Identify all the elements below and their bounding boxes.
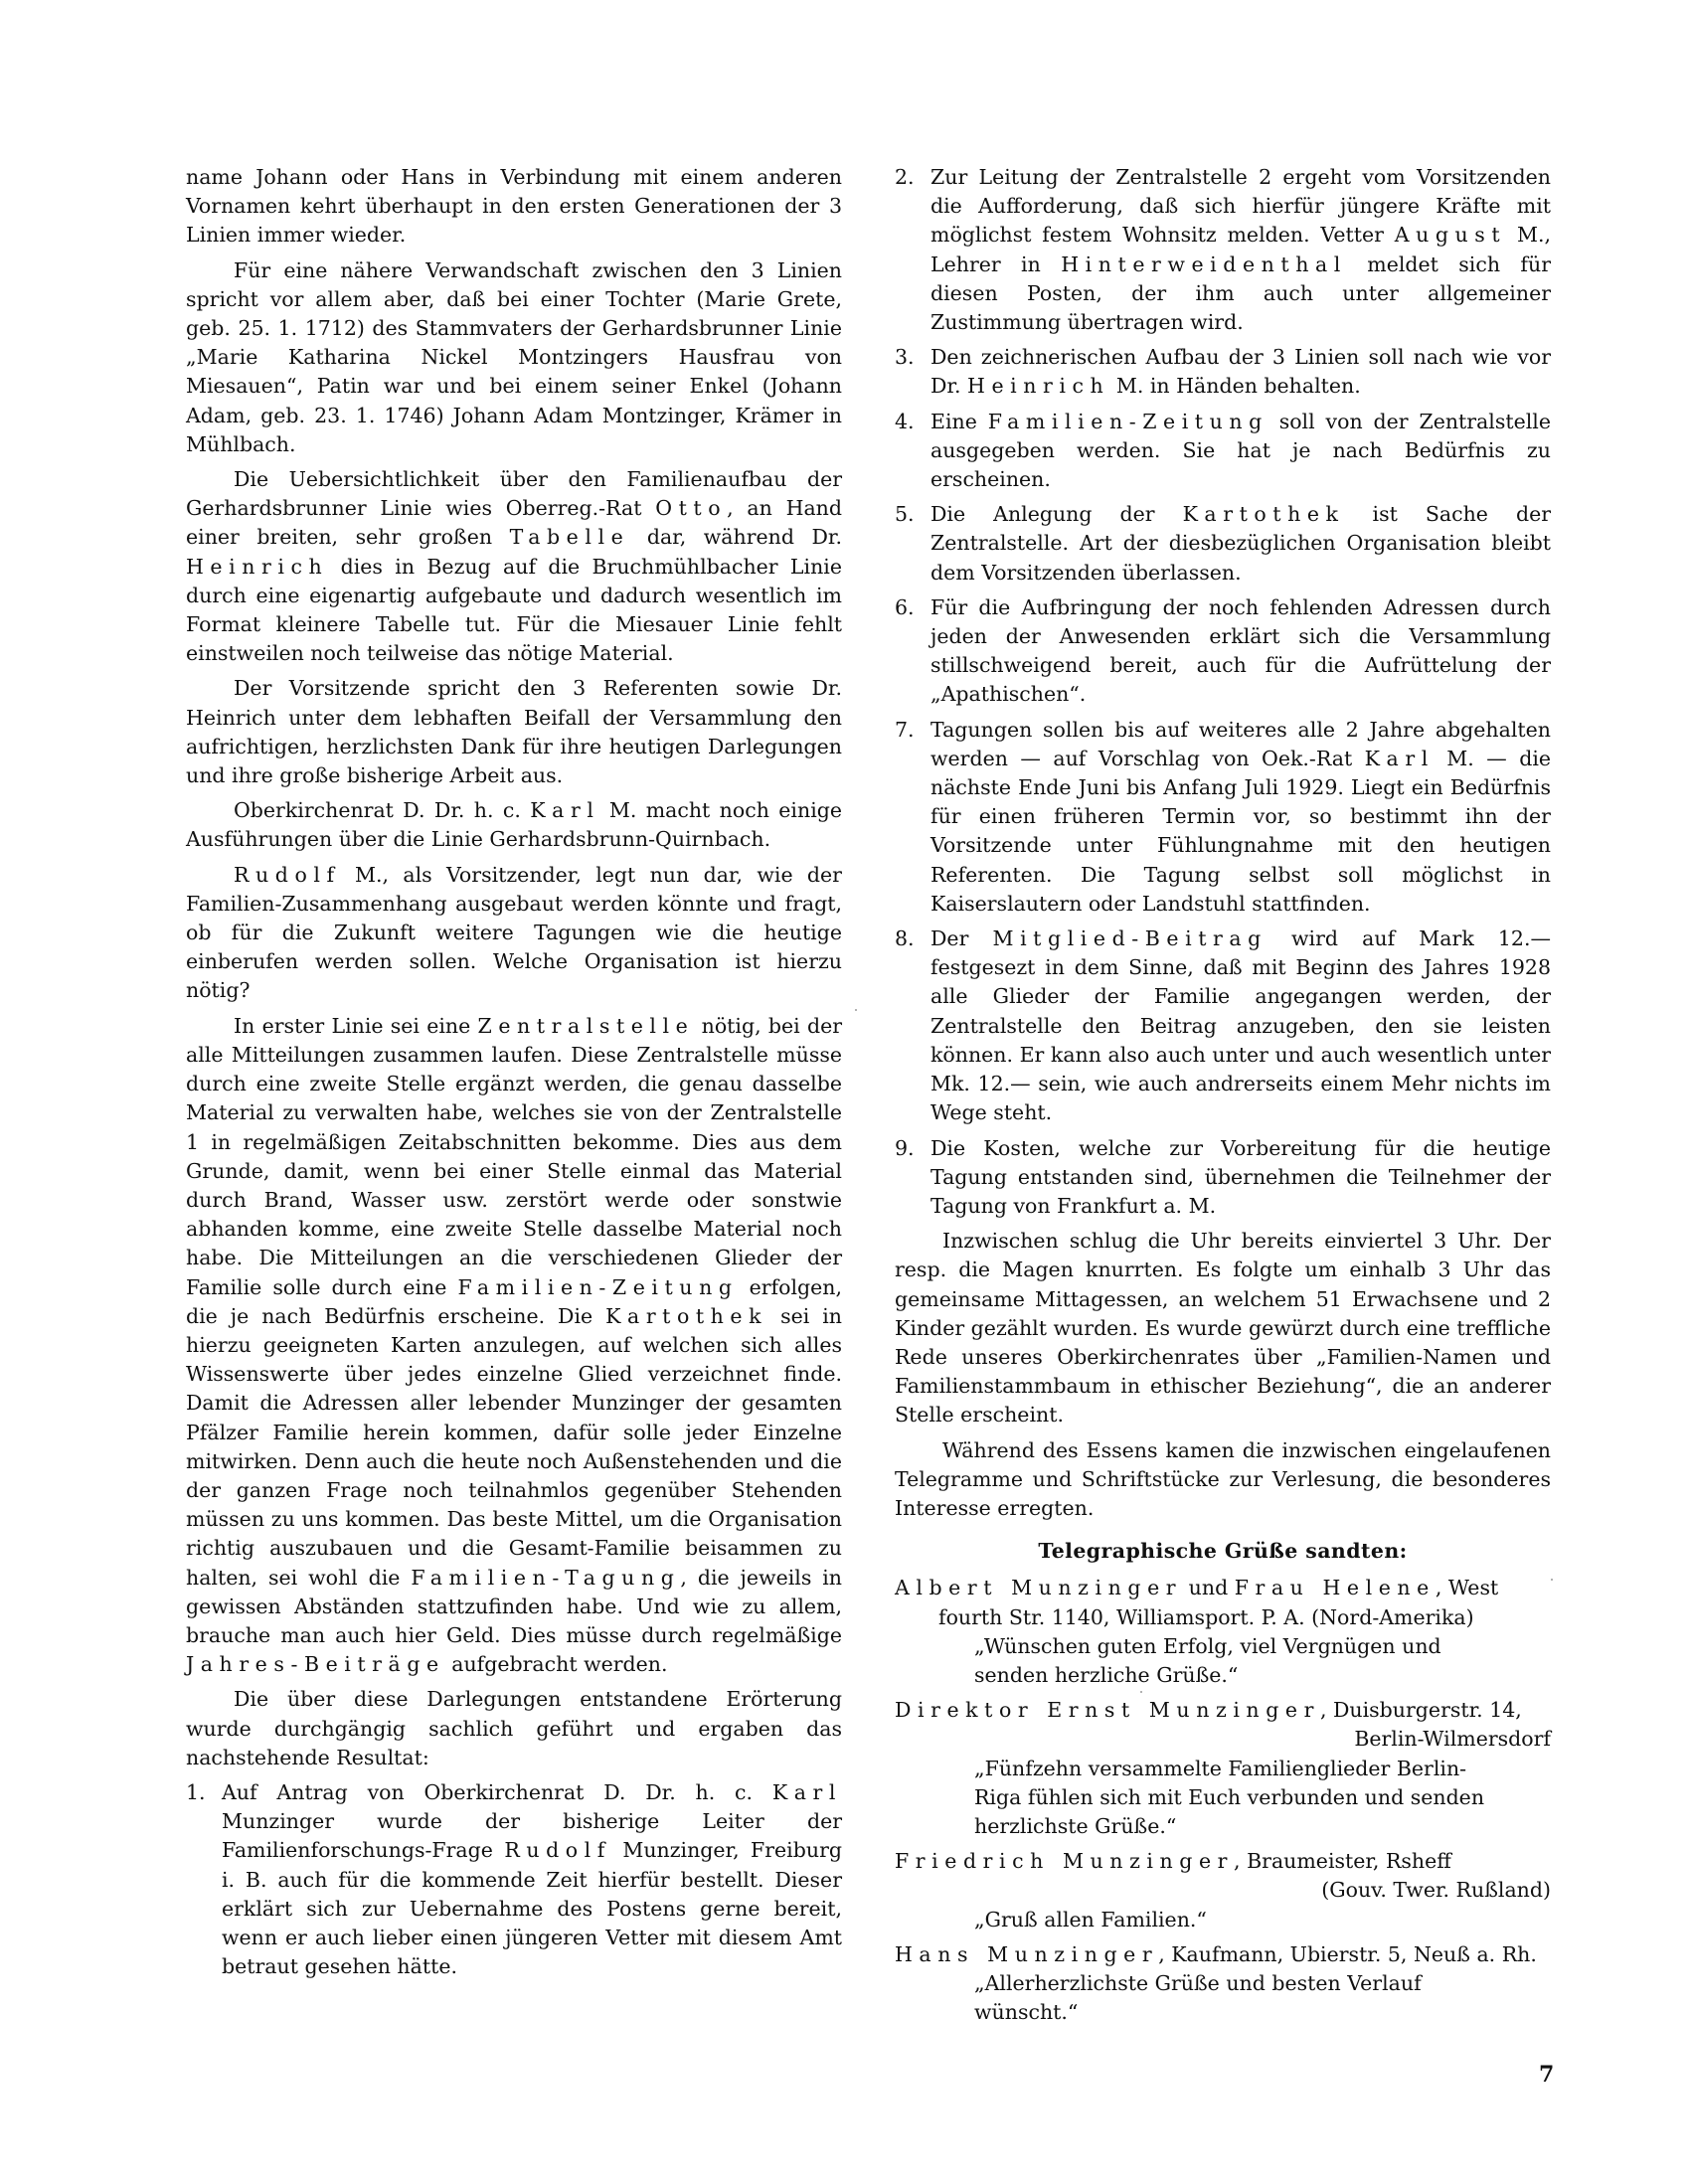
telegram-sender: Hans Munzinger, Kaufmann, Ubierstr. 5, N… (895, 1940, 1551, 1969)
paragraph: Während des Essens kamen die inzwischen … (895, 1436, 1551, 1524)
paragraph: Die Uebersichtlichkeit über den Familien… (186, 465, 842, 668)
spaced-name: Heinrich (967, 374, 1109, 398)
text-run: Oberkirchenrat D. Dr. h. c. (234, 798, 530, 822)
item-number: 7. (895, 716, 915, 745)
result-item: 6.Für die Aufbringung der noch fehlenden… (895, 593, 1551, 710)
text-run: Die Anlegung der (930, 502, 1183, 526)
paragraph: name Johann oder Hans in Verbindung mit … (186, 163, 842, 251)
spaced-name: Direktor Ernst Munzinger (895, 1698, 1320, 1722)
text-run: und (1182, 1576, 1235, 1599)
telegram-entry: Direktor Ernst Munzinger, Duisburgerstr.… (895, 1696, 1551, 1841)
item-number: 9. (895, 1134, 915, 1163)
scan-speck (855, 1009, 857, 1011)
item-number: 1. (186, 1778, 206, 1807)
result-item: 5.Die Anlegung der Kartothek ist Sache d… (895, 500, 1551, 588)
text-run: M. — die nächste Ende Juni bis Anfang Ju… (930, 747, 1551, 916)
spaced-term: Familien-Tagung (411, 1566, 680, 1590)
result-item: 4.Eine Familien-Zeitung soll von der Zen… (895, 408, 1551, 495)
scan-speck (1140, 1691, 1142, 1693)
text-run: wird auf Mark 12.— festgesezt in dem Sin… (930, 926, 1551, 1124)
text-run: sei in hierzu geeigneten Karten anzulege… (186, 1304, 842, 1590)
telegram-sender: Direktor Ernst Munzinger, Duisburgerstr.… (895, 1696, 1551, 1725)
text-run: Eine (930, 410, 988, 433)
result-item: 1.Auf Antrag von Oberkirchenrat D. Dr. h… (186, 1778, 842, 1981)
item-number: 2. (895, 163, 915, 192)
spaced-term: Familien-Zeitung (457, 1275, 738, 1299)
paragraph: Der Vorsitzende spricht den 3 Referenten… (186, 674, 842, 790)
spaced-term: Jahres-Beiträge (186, 1652, 445, 1676)
spaced-term: Tabelle (510, 525, 630, 549)
telegram-entry: Hans Munzinger, Kaufmann, Ubierstr. 5, N… (895, 1940, 1551, 2028)
spaced-name: Karl (1365, 747, 1435, 770)
left-column: name Johann oder Hans in Verbindung mit … (186, 163, 842, 1987)
paragraph: Rudolf M., als Vorsitzender, legt nun da… (186, 861, 842, 1006)
telegram-quote: „Wünschen guten Erfolg, viel Vergnügen u… (895, 1632, 1551, 1690)
telegram-address: Berlin-Wilmersdorf (895, 1725, 1551, 1754)
spaced-term: Familien-Zeitung (988, 410, 1268, 433)
result-item: 9.Die Kosten, welche zur Vorbereitung fü… (895, 1134, 1551, 1222)
text-run: , Kaufmann, Ubierstr. 5, Neuß a. Rh. (1158, 1942, 1537, 1966)
result-item: 3.Den zeichnerischen Aufbau der 3 Linien… (895, 343, 1551, 401)
spaced-term: Kartothek (605, 1304, 767, 1328)
item-number: 5. (895, 500, 915, 529)
telegram-address: fourth Str. 1140, Williamsport. P. A. (N… (895, 1603, 1551, 1632)
telegrams-heading: Telegraphische Grüße sandten: (895, 1537, 1551, 1566)
spaced-name: Otto (655, 496, 727, 520)
telegram-quote: „Allerherzlichste Grüße und besten Verla… (895, 1969, 1551, 2027)
telegram-sender: Friedrich Munzinger, Braumeister, Rsheff (895, 1847, 1551, 1876)
text-run: Die Kosten, welche zur Vorbereitung für … (930, 1136, 1551, 1218)
spaced-place: Hinterweidenthal (1061, 252, 1347, 276)
spaced-term: Zentralstelle (478, 1014, 695, 1038)
spaced-name: Heinrich (186, 555, 328, 579)
text-run: In erster Linie sei eine (234, 1014, 478, 1038)
item-number: 6. (895, 593, 915, 622)
results-list: 2.Zur Leitung der Zentralstelle 2 ergeht… (895, 163, 1551, 1221)
spaced-term: Kartothek (1183, 502, 1345, 526)
telegram-address: (Gouv. Twer. Rußland) (895, 1876, 1551, 1905)
telegram-quote: „Gruß allen Familien.“ (895, 1906, 1551, 1934)
item-number: 3. (895, 343, 915, 372)
text-run: Auf Antrag von Oberkirchenrat D. Dr. h. … (222, 1780, 772, 1804)
paragraph: Für eine nähere Verwandschaft zwischen d… (186, 256, 842, 459)
result-item: 8.Der Mitglied-Beitrag wird auf Mark 12.… (895, 924, 1551, 1127)
item-number: 4. (895, 408, 915, 436)
document-page: name Johann oder Hans in Verbindung mit … (0, 0, 1690, 2184)
page-number: 7 (1539, 2062, 1554, 2088)
paragraph: Die über diese Darlegungen entstandene E… (186, 1685, 842, 1772)
paragraph: Inzwischen schlug die Uhr bereits einvie… (895, 1227, 1551, 1429)
text-run: , Duisburgerstr. 14, (1320, 1698, 1522, 1722)
spaced-name: Frau Helene (1235, 1576, 1436, 1599)
telegram-entry: Albert Munzinger und Frau Helene, West f… (895, 1574, 1551, 1690)
spaced-name: August (1395, 223, 1506, 247)
result-item: 2.Zur Leitung der Zentralstelle 2 ergeht… (895, 163, 1551, 337)
spaced-name: Hans Munzinger (895, 1942, 1158, 1966)
text-run: nötig, bei der alle Mitteilungen zusamme… (186, 1014, 842, 1299)
telegram-entry: Friedrich Munzinger, Braumeister, Rsheff… (895, 1847, 1551, 1934)
text-run: Der (930, 926, 993, 950)
spaced-name: Karl (530, 798, 599, 822)
spaced-name: Karl (772, 1780, 842, 1804)
paragraph: In erster Linie sei eine Zentralstelle n… (186, 1012, 842, 1680)
scan-speck (1551, 1579, 1553, 1581)
telegram-quote: „Fünfzehn versammelte Familienglieder Be… (895, 1755, 1551, 1842)
spaced-name: Albert Munzinger (895, 1576, 1182, 1599)
text-run: , Braumeister, Rsheff (1234, 1849, 1451, 1873)
spaced-name: Rudolf (504, 1838, 611, 1862)
text-run: aufgebracht werden. (445, 1652, 668, 1676)
spaced-name: Friedrich Munzinger (895, 1849, 1234, 1873)
text-run: dar, während Dr. (629, 525, 842, 549)
results-list: 1.Auf Antrag von Oberkirchenrat D. Dr. h… (186, 1778, 842, 1981)
telegram-sender: Albert Munzinger und Frau Helene, West (895, 1574, 1551, 1602)
right-column: 2.Zur Leitung der Zentralstelle 2 ergeht… (895, 163, 1551, 2033)
spaced-term: Mitglied-Beitrag (993, 926, 1267, 950)
text-run: Für die Aufbringung der noch fehlenden A… (930, 595, 1551, 707)
spaced-name: Rudolf (234, 863, 341, 887)
text-run: , West (1436, 1576, 1498, 1599)
paragraph: Oberkirchenrat D. Dr. h. c. Karl M. mach… (186, 796, 842, 854)
item-number: 8. (895, 924, 915, 953)
text-run: M. in Händen behalten. (1109, 374, 1360, 398)
result-item: 7.Tagungen sollen bis auf weiteres alle … (895, 716, 1551, 919)
